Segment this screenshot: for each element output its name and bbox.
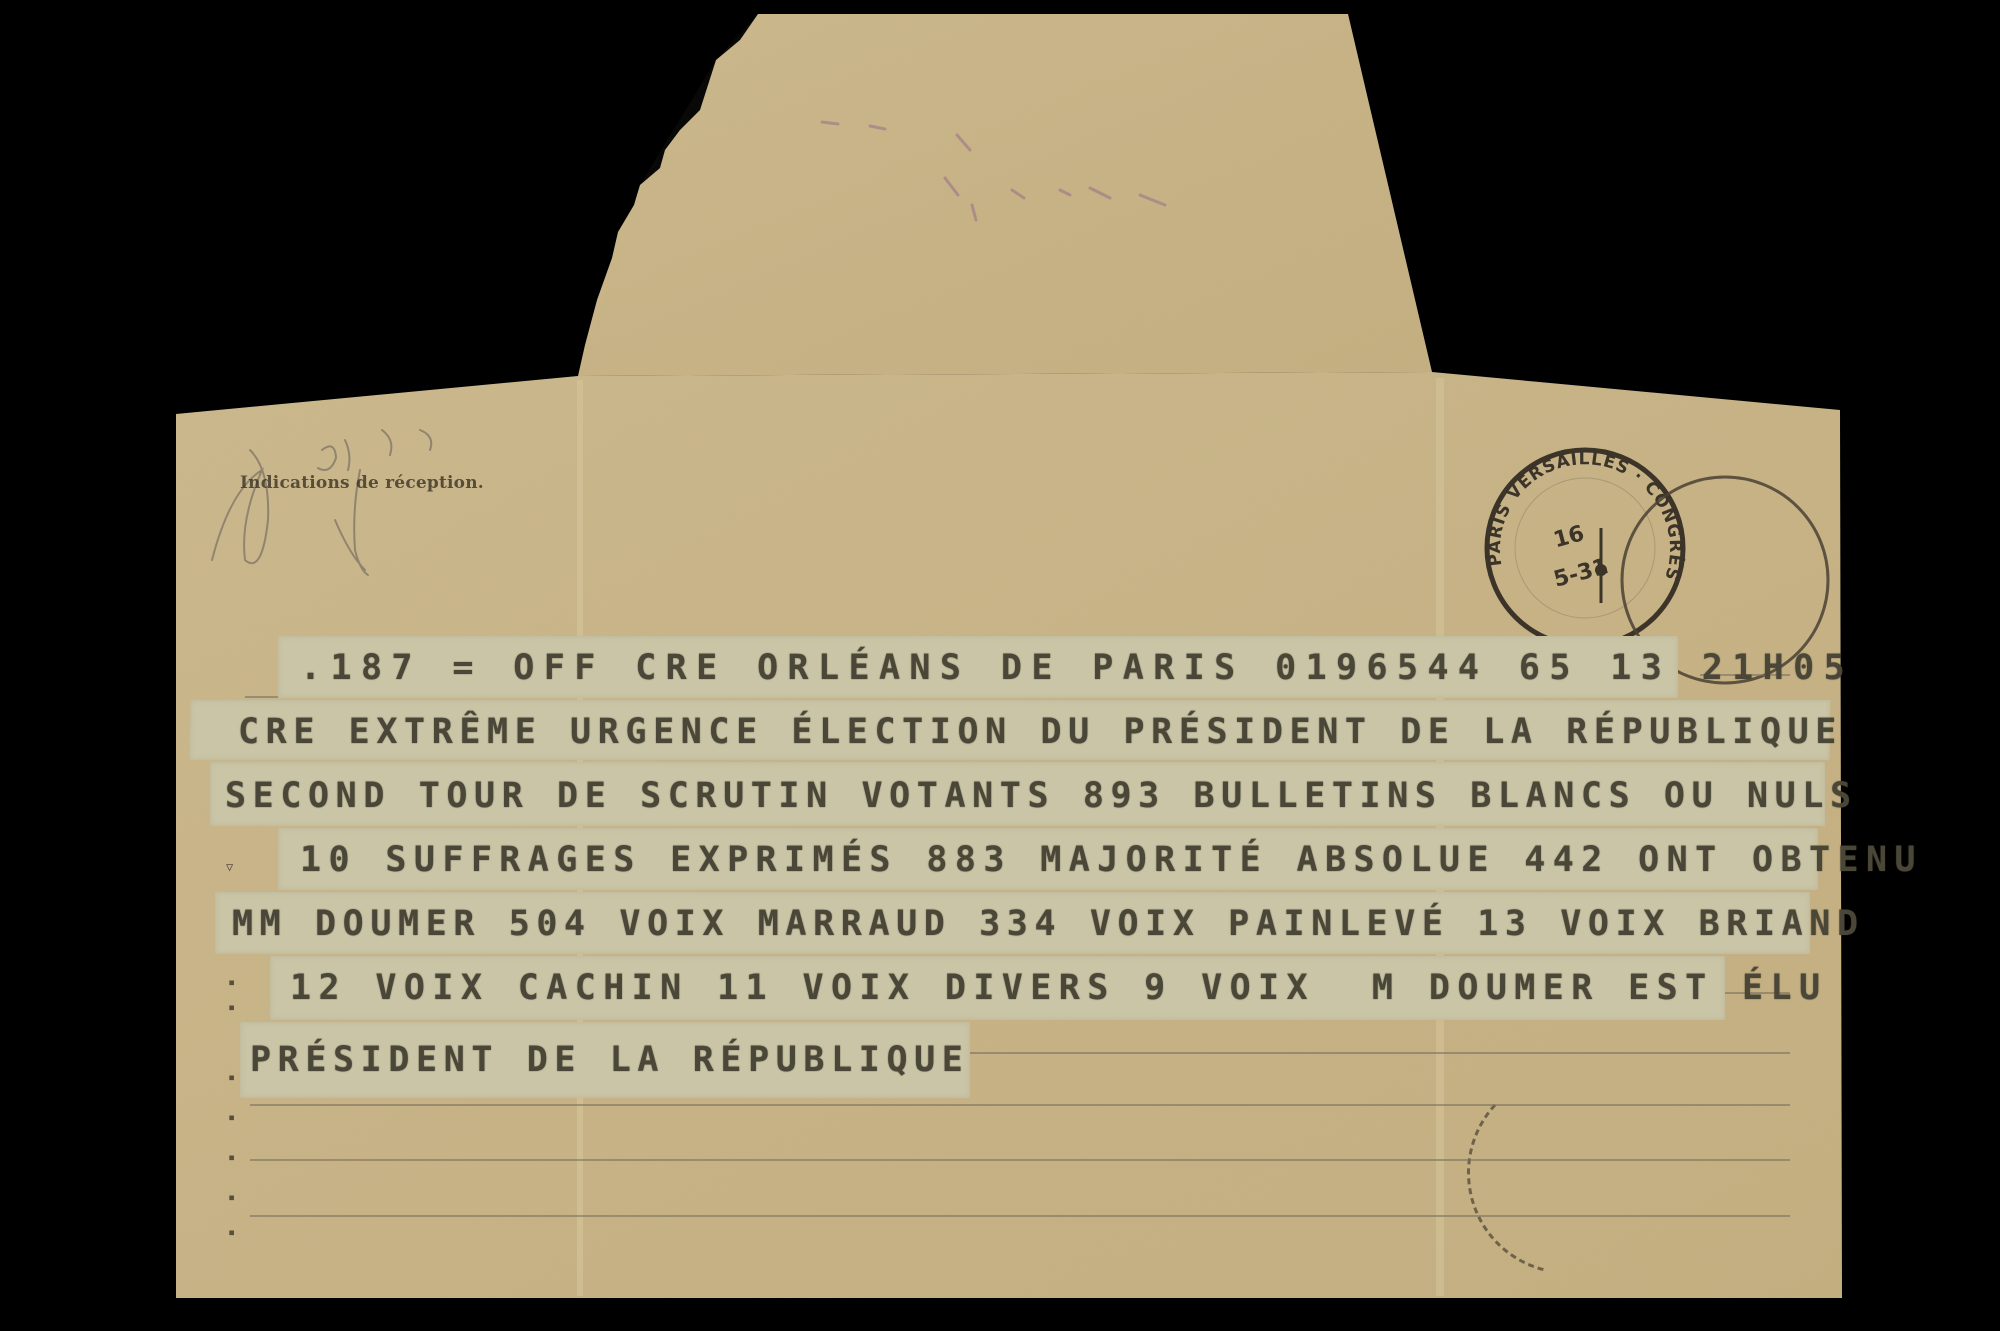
tape-line-7: PRÉSIDENT DE LA RÉPUBLIQUE xyxy=(250,1040,969,1080)
tape-line-5: MM DOUMER 504 VOIX MARRAUD 334 VOIX PAIN… xyxy=(232,904,1865,944)
margin-marker: ▪ xyxy=(228,1000,235,1014)
margin-marker: ▪ xyxy=(228,1225,235,1239)
margin-marker: ▪ xyxy=(228,975,235,989)
tape-line-1: .187 = OFF CRE ORLÉANS DE PARIS 0196544 … xyxy=(300,648,1854,688)
reception-indications-label: Indications de réception. xyxy=(240,473,484,493)
telegram-document: PARIS VERSAILLES · CONGRÈS 16 5-31 Indic… xyxy=(0,0,2000,1331)
margin-marker: ▽ xyxy=(226,860,233,874)
margin-marker: ▪ xyxy=(228,1150,235,1164)
tape-line-2: CRE EXTRÊME URGENCE ÉLECTION DU PRÉSIDEN… xyxy=(238,712,1843,752)
margin-marker: ▪ xyxy=(228,1110,235,1124)
tape-line-6: 12 VOIX CACHIN 11 VOIX DIVERS 9 VOIX M D… xyxy=(290,968,1827,1008)
tape-line-3: SECOND TOUR DE SCRUTIN VOTANTS 893 BULLE… xyxy=(225,776,1858,816)
margin-marker: ▪ xyxy=(228,1190,235,1204)
margin-marker: ▪ xyxy=(228,1070,235,1084)
tape-line-4: 10 SUFFRAGES EXPRIMÉS 883 MAJORITÉ ABSOL… xyxy=(300,840,1923,880)
